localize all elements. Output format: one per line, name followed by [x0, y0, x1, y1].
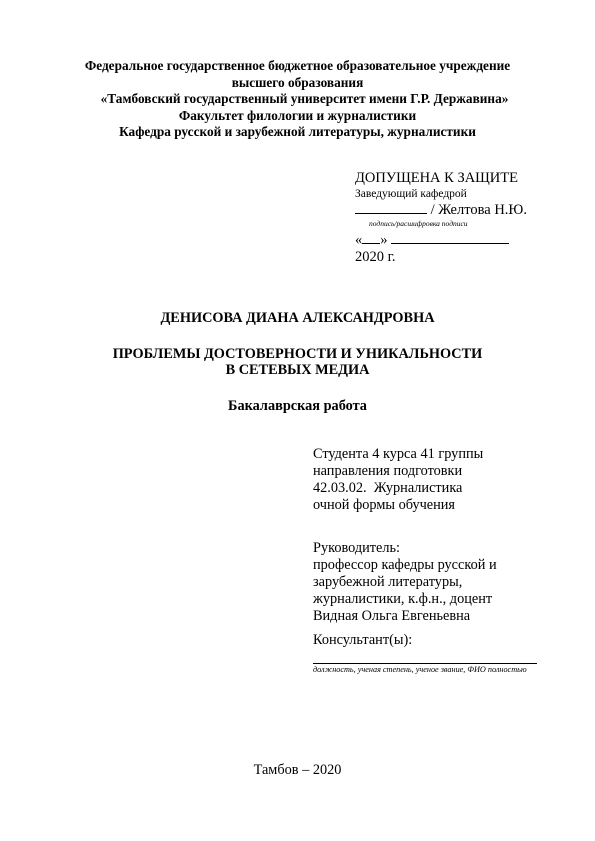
- month-blank: [391, 231, 509, 244]
- supervisor-info: Руководитель: профессор кафедры русской …: [313, 540, 497, 625]
- supervisor-label: Руководитель:: [313, 540, 497, 557]
- work-type: Бакалаврская работа: [0, 398, 595, 415]
- institution-header: Федеральное государственное бюджетное об…: [0, 58, 595, 141]
- signature-line: / Желтова Н.Ю.: [355, 201, 527, 219]
- author-name: ДЕНИСОВА ДИАНА АЛЕКСАНДРОВНА: [0, 310, 595, 327]
- approval-position: Заведующий кафедрой: [355, 187, 527, 201]
- approval-block: ДОПУЩЕНА К ЗАЩИТЕ Заведующий кафедрой / …: [355, 170, 527, 266]
- header-line: Факультет филологии и журналистики: [0, 108, 595, 125]
- city-year: Тамбов – 2020: [0, 762, 595, 779]
- header-line: Федеральное государственное бюджетное об…: [0, 58, 595, 75]
- student-info: Студента 4 курса 41 группы направления п…: [313, 446, 483, 514]
- supervisor-name: Видная Ольга Евгеньевна: [313, 608, 497, 625]
- header-line: высшего образования: [0, 75, 595, 92]
- approval-title: ДОПУЩЕНА К ЗАЩИТЕ: [355, 170, 527, 187]
- consultant-note: должность, ученая степень, ученое звание…: [313, 664, 537, 675]
- approval-year: 2020 г.: [355, 249, 527, 266]
- date-line: «»: [355, 231, 527, 249]
- day-blank: [362, 231, 380, 244]
- consultant-field: должность, ученая степень, ученое звание…: [313, 663, 537, 675]
- consultant-label: Консультант(ы):: [313, 632, 412, 649]
- thesis-title: ПРОБЛЕМЫ ДОСТОВЕРНОСТИ И УНИКАЛЬНОСТИ В …: [0, 346, 595, 378]
- signature-name: / Желтова Н.Ю.: [431, 202, 527, 218]
- signature-hint: подпись/расшифровка подписи: [355, 219, 527, 229]
- header-line: Кафедра русской и зарубежной литературы,…: [0, 124, 595, 141]
- header-line: «Тамбовский государственный университет …: [0, 91, 595, 108]
- signature-blank: [355, 201, 427, 214]
